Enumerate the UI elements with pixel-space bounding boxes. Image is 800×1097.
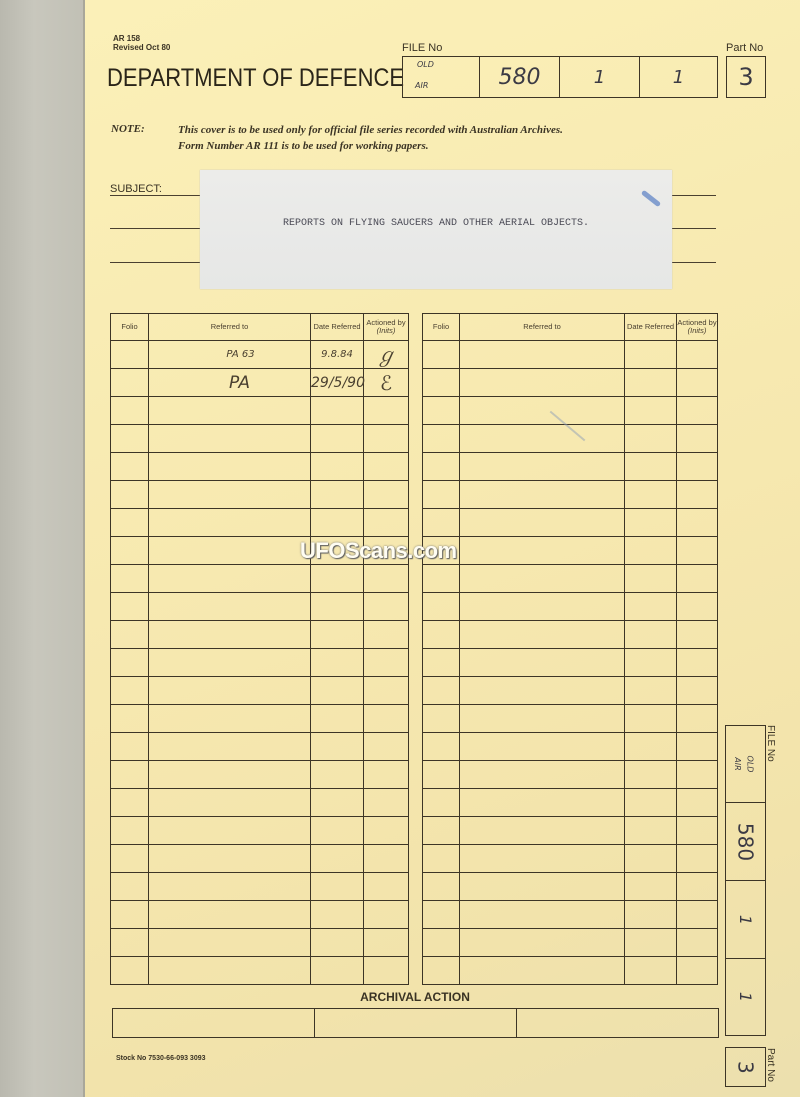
folio-cell[interactable] (423, 481, 460, 509)
inits-cell[interactable] (364, 649, 409, 677)
folio-cell[interactable] (111, 957, 149, 985)
folio-cell[interactable] (423, 509, 460, 537)
inits-cell[interactable] (677, 677, 718, 705)
header-referred-to: Referred to (149, 314, 311, 341)
table-row (111, 845, 409, 873)
table-row: PA 29/5/90 ℰ (111, 369, 409, 397)
date-cell[interactable] (625, 537, 677, 565)
date-cell[interactable] (625, 509, 677, 537)
folio-cell[interactable] (111, 649, 149, 677)
referred-to-cell[interactable] (460, 957, 625, 985)
table-row (423, 677, 718, 705)
inits-cell: ℊ (364, 341, 409, 369)
date-cell[interactable] (625, 369, 677, 397)
register-table-right: Folio Referred to Date Referred Actioned… (422, 313, 718, 985)
header-actioned-by: Actioned by(Inits) (677, 314, 718, 341)
table-row (423, 481, 718, 509)
side-file-number-box: OLD AIR 580 1 1 (725, 725, 766, 1036)
date-cell[interactable] (311, 845, 364, 873)
table-row (111, 425, 409, 453)
header-folio: Folio (423, 314, 460, 341)
inits-cell[interactable] (364, 789, 409, 817)
table-row (423, 845, 718, 873)
table-row (111, 761, 409, 789)
inits-cell[interactable] (364, 565, 409, 593)
table-row (111, 565, 409, 593)
date-cell: 9.8.84 (311, 341, 364, 369)
date-cell[interactable] (311, 397, 364, 425)
inits-cell[interactable] (677, 509, 718, 537)
table-row (111, 957, 409, 985)
folio-cell[interactable] (423, 901, 460, 929)
folio-cell[interactable] (111, 873, 149, 901)
referred-to-cell[interactable] (149, 481, 311, 509)
file-sub2-value: 1 (673, 67, 684, 88)
date-cell[interactable] (625, 733, 677, 761)
inits-text: (Inits) (377, 326, 396, 335)
table-row (423, 593, 718, 621)
referred-to-cell[interactable] (460, 649, 625, 677)
table-row (423, 369, 718, 397)
date-cell[interactable] (625, 649, 677, 677)
header-date-referred: Date Referred (311, 314, 364, 341)
part-number-value: 3 (738, 63, 753, 91)
side-sub2-cell: 1 (726, 959, 765, 1035)
table-row (111, 873, 409, 901)
table-row (423, 565, 718, 593)
referred-to-cell[interactable] (149, 453, 311, 481)
table-row (423, 733, 718, 761)
date-cell[interactable] (311, 733, 364, 761)
inits-cell[interactable] (364, 593, 409, 621)
inits-cell[interactable] (677, 845, 718, 873)
inits-cell[interactable] (677, 761, 718, 789)
archival-cell-2 (315, 1009, 517, 1037)
referred-to-cell[interactable] (149, 593, 311, 621)
inits-cell[interactable] (677, 565, 718, 593)
table-row (423, 873, 718, 901)
date-cell[interactable] (311, 901, 364, 929)
referred-to-cell[interactable] (149, 649, 311, 677)
folio-cell[interactable] (111, 425, 149, 453)
inits-cell[interactable] (364, 761, 409, 789)
folio-cell[interactable] (111, 929, 149, 957)
file-prefix-air: AIR (415, 81, 428, 90)
date-cell[interactable] (625, 705, 677, 733)
inits-cell[interactable] (677, 397, 718, 425)
archival-cell-1 (113, 1009, 315, 1037)
inits-cell[interactable] (677, 453, 718, 481)
date-cell[interactable] (625, 761, 677, 789)
table-row (111, 453, 409, 481)
table-row (423, 509, 718, 537)
note-line-1: This cover is to be used only for offici… (178, 122, 563, 138)
referred-to-cell: PA 63 (149, 341, 311, 369)
referred-to-cell[interactable] (460, 761, 625, 789)
inits-cell[interactable] (677, 901, 718, 929)
folio-cell[interactable] (423, 873, 460, 901)
referred-to-cell[interactable] (149, 957, 311, 985)
date-cell[interactable] (625, 593, 677, 621)
referred-to-cell[interactable] (149, 761, 311, 789)
inits-cell[interactable] (677, 929, 718, 957)
inits-cell: ℰ (364, 369, 409, 397)
date-cell[interactable] (625, 789, 677, 817)
inits-cell[interactable] (677, 341, 718, 369)
folio-cell[interactable] (423, 593, 460, 621)
table-row (111, 901, 409, 929)
register-table-left: Folio Referred to Date Referred Actioned… (110, 313, 409, 985)
date-cell[interactable] (311, 481, 364, 509)
file-sub2-cell: 1 (640, 57, 717, 97)
table-row (423, 789, 718, 817)
referred-to-cell[interactable] (149, 817, 311, 845)
header-actioned-by: Actioned by(Inits) (364, 314, 409, 341)
inits-cell[interactable] (364, 677, 409, 705)
date-cell[interactable] (311, 649, 364, 677)
header-date-referred: Date Referred (625, 314, 677, 341)
part-no-label: Part No (726, 42, 763, 54)
archival-action-label: ARCHIVAL ACTION (110, 990, 720, 1004)
date-cell: 29/5/90 (311, 369, 364, 397)
register-header-row: Folio Referred to Date Referred Actioned… (111, 314, 409, 341)
inits-cell[interactable] (677, 369, 718, 397)
inits-cell[interactable] (677, 425, 718, 453)
referred-to-cell[interactable] (149, 425, 311, 453)
table-row (111, 677, 409, 705)
referred-to-cell[interactable] (149, 873, 311, 901)
table-row (423, 901, 718, 929)
folio-cell[interactable] (423, 677, 460, 705)
inits-cell[interactable] (364, 509, 409, 537)
side-part-number-value: 3 (734, 1061, 758, 1074)
table-row (111, 789, 409, 817)
referred-to-cell[interactable] (460, 817, 625, 845)
table-row (423, 341, 718, 369)
referred-to-cell[interactable] (460, 481, 625, 509)
table-row (111, 481, 409, 509)
file-number-box: OLD AIR 580 1 1 (402, 56, 718, 98)
referred-to-cell[interactable] (460, 733, 625, 761)
folio-cell[interactable] (111, 901, 149, 929)
table-row (423, 621, 718, 649)
date-cell[interactable] (311, 789, 364, 817)
side-sub1-value: 1 (736, 914, 755, 924)
date-cell[interactable] (625, 929, 677, 957)
side-file-no-label: FILE No (765, 725, 776, 762)
part-number-box: 3 (726, 56, 766, 98)
form-number: AR 158 (113, 34, 170, 43)
table-row (423, 929, 718, 957)
inits-cell[interactable] (677, 817, 718, 845)
date-cell[interactable] (625, 565, 677, 593)
date-cell[interactable] (311, 873, 364, 901)
referred-to-cell[interactable] (149, 705, 311, 733)
referred-to-cell[interactable] (460, 929, 625, 957)
inits-cell[interactable] (364, 901, 409, 929)
subject-text: REPORTS ON FLYING SAUCERS AND OTHER AERI… (200, 218, 672, 229)
date-cell[interactable] (311, 621, 364, 649)
referred-to-cell[interactable] (460, 593, 625, 621)
side-prefix-air: AIR (733, 757, 742, 770)
subject-label: SUBJECT: (110, 183, 162, 195)
inits-cell[interactable] (364, 957, 409, 985)
file-number-value: 580 (499, 65, 541, 90)
referred-to-cell[interactable] (460, 873, 625, 901)
inits-cell[interactable] (364, 733, 409, 761)
referred-to-cell[interactable] (460, 537, 625, 565)
inits-cell[interactable] (677, 481, 718, 509)
referred-to-cell[interactable] (460, 621, 625, 649)
referred-to-cell[interactable] (460, 677, 625, 705)
file-sub1-cell: 1 (560, 57, 640, 97)
date-cell[interactable] (625, 621, 677, 649)
referred-to-cell[interactable] (460, 369, 625, 397)
referred-to-cell[interactable] (460, 901, 625, 929)
archival-cell-3 (517, 1009, 718, 1037)
table-row (423, 453, 718, 481)
inits-cell[interactable] (677, 537, 718, 565)
note-text: This cover is to be used only for offici… (178, 122, 563, 154)
table-row (111, 733, 409, 761)
folio-cell[interactable] (423, 453, 460, 481)
table-row (423, 649, 718, 677)
form-code: AR 158 Revised Oct 80 (113, 34, 170, 52)
inits-cell[interactable] (677, 873, 718, 901)
date-cell[interactable] (625, 957, 677, 985)
referred-to-cell[interactable] (149, 929, 311, 957)
date-cell[interactable] (311, 425, 364, 453)
folio-cell[interactable] (423, 369, 460, 397)
referred-to-cell[interactable] (149, 565, 311, 593)
date-cell[interactable] (625, 453, 677, 481)
inits-cell[interactable] (677, 705, 718, 733)
referred-to-cell[interactable] (149, 509, 311, 537)
side-number-value: 580 (734, 822, 758, 860)
file-number-cell: 580 (480, 57, 560, 97)
inits-cell[interactable] (677, 649, 718, 677)
table-row (111, 817, 409, 845)
date-cell[interactable] (311, 677, 364, 705)
inits-cell[interactable] (364, 481, 409, 509)
referred-to-cell[interactable] (149, 733, 311, 761)
table-row (111, 929, 409, 957)
date-cell[interactable] (311, 453, 364, 481)
referred-to-cell[interactable] (460, 565, 625, 593)
referred-to-cell[interactable] (460, 789, 625, 817)
inits-cell[interactable] (677, 789, 718, 817)
folio-cell[interactable] (111, 565, 149, 593)
folio-cell[interactable] (423, 957, 460, 985)
folio-cell[interactable] (423, 705, 460, 733)
table-row (423, 817, 718, 845)
referred-to-cell[interactable] (149, 845, 311, 873)
folio-cell[interactable] (111, 593, 149, 621)
referred-to-cell: PA (149, 369, 311, 397)
folio-cell[interactable] (111, 733, 149, 761)
table-row (111, 593, 409, 621)
side-sub2-value: 1 (736, 992, 755, 1002)
side-part-no-label: Part No (765, 1048, 776, 1082)
date-cell[interactable] (625, 481, 677, 509)
inits-cell[interactable] (364, 397, 409, 425)
inits-cell[interactable] (364, 845, 409, 873)
date-cell[interactable] (625, 845, 677, 873)
table-row (423, 705, 718, 733)
date-cell[interactable] (625, 677, 677, 705)
referred-to-cell[interactable] (460, 453, 625, 481)
inits-cell[interactable] (364, 425, 409, 453)
table-row (423, 397, 718, 425)
inits-cell[interactable] (677, 621, 718, 649)
side-prefix-old: OLD (746, 756, 755, 773)
referred-to-cell[interactable] (460, 425, 625, 453)
department-title: DEPARTMENT OF DEFENCE (107, 64, 404, 93)
inits-cell[interactable] (364, 705, 409, 733)
referred-to-cell[interactable] (149, 901, 311, 929)
register-header-row: Folio Referred to Date Referred Actioned… (423, 314, 718, 341)
inits-cell[interactable] (677, 957, 718, 985)
folio-cell[interactable] (423, 649, 460, 677)
date-cell[interactable] (625, 873, 677, 901)
side-prefix-cell: OLD AIR (726, 726, 765, 803)
date-cell[interactable] (311, 761, 364, 789)
folio-cell[interactable] (423, 845, 460, 873)
folio-cell[interactable] (423, 621, 460, 649)
referred-to-cell[interactable] (149, 537, 311, 565)
folio-cell[interactable] (111, 761, 149, 789)
archival-action-box (112, 1008, 719, 1038)
header-referred-to: Referred to (460, 314, 625, 341)
inits-cell[interactable] (364, 929, 409, 957)
referred-to-cell[interactable] (460, 397, 625, 425)
inits-cell[interactable] (364, 817, 409, 845)
folio-cell (111, 341, 149, 369)
folder-spine (0, 0, 85, 1097)
watermark: UFOScans.com (300, 538, 457, 564)
folio-cell[interactable] (111, 845, 149, 873)
date-cell[interactable] (311, 593, 364, 621)
date-cell[interactable] (625, 817, 677, 845)
date-cell[interactable] (625, 425, 677, 453)
referred-to-cell[interactable] (149, 677, 311, 705)
folio-cell[interactable] (423, 397, 460, 425)
referred-to-cell[interactable] (149, 621, 311, 649)
date-cell[interactable] (311, 817, 364, 845)
table-row (423, 761, 718, 789)
side-part-number-box: 3 (725, 1047, 766, 1087)
date-cell[interactable] (311, 705, 364, 733)
table-row (423, 957, 718, 985)
folio-cell[interactable] (111, 817, 149, 845)
date-cell[interactable] (625, 341, 677, 369)
folio-cell[interactable] (111, 705, 149, 733)
file-prefix-cell: OLD AIR (403, 57, 480, 97)
date-cell[interactable] (311, 565, 364, 593)
referred-to-cell[interactable] (149, 789, 311, 817)
folio-cell (111, 369, 149, 397)
side-sub1-cell: 1 (726, 881, 765, 959)
file-no-label: FILE No (402, 42, 442, 54)
table-row (111, 621, 409, 649)
referred-to-cell[interactable] (460, 705, 625, 733)
table-row: PA 63 9.8.84 ℊ (111, 341, 409, 369)
date-cell[interactable] (625, 901, 677, 929)
referred-to-cell[interactable] (460, 845, 625, 873)
folio-cell[interactable] (111, 481, 149, 509)
folio-cell[interactable] (111, 397, 149, 425)
side-number-cell: 580 (726, 803, 765, 881)
folio-cell[interactable] (423, 425, 460, 453)
inits-cell[interactable] (364, 621, 409, 649)
table-row (111, 705, 409, 733)
folio-cell[interactable] (423, 733, 460, 761)
folio-cell[interactable] (111, 509, 149, 537)
folio-cell[interactable] (423, 929, 460, 957)
table-row (111, 509, 409, 537)
date-cell[interactable] (625, 397, 677, 425)
table-row (111, 397, 409, 425)
inits-cell[interactable] (677, 593, 718, 621)
table-row (423, 537, 718, 565)
file-sub1-value: 1 (594, 67, 605, 88)
date-cell[interactable] (311, 929, 364, 957)
file-prefix-old: OLD (417, 60, 434, 69)
header-folio: Folio (111, 314, 149, 341)
inits-cell[interactable] (677, 733, 718, 761)
date-cell[interactable] (311, 957, 364, 985)
folio-cell[interactable] (111, 621, 149, 649)
stock-number: Stock No 7530-66-093 3093 (116, 1055, 206, 1062)
folio-cell[interactable] (111, 537, 149, 565)
folio-cell[interactable] (423, 341, 460, 369)
referred-to-cell[interactable] (460, 509, 625, 537)
inits-cell[interactable] (364, 453, 409, 481)
folio-cell[interactable] (111, 789, 149, 817)
table-row (111, 649, 409, 677)
date-cell[interactable] (311, 509, 364, 537)
subject-label-strip (200, 170, 672, 289)
folio-cell[interactable] (423, 817, 460, 845)
referred-to-cell[interactable] (149, 397, 311, 425)
folio-cell[interactable] (111, 677, 149, 705)
inits-text: (Inits) (688, 326, 707, 335)
note-label: NOTE: (111, 123, 145, 135)
folio-cell[interactable] (111, 453, 149, 481)
folio-cell[interactable] (423, 761, 460, 789)
note-line-2: Form Number AR 111 is to be used for wor… (178, 138, 563, 154)
form-revision: Revised Oct 80 (113, 43, 170, 52)
folio-cell[interactable] (423, 565, 460, 593)
inits-cell[interactable] (364, 873, 409, 901)
folio-cell[interactable] (423, 789, 460, 817)
referred-to-cell[interactable] (460, 341, 625, 369)
